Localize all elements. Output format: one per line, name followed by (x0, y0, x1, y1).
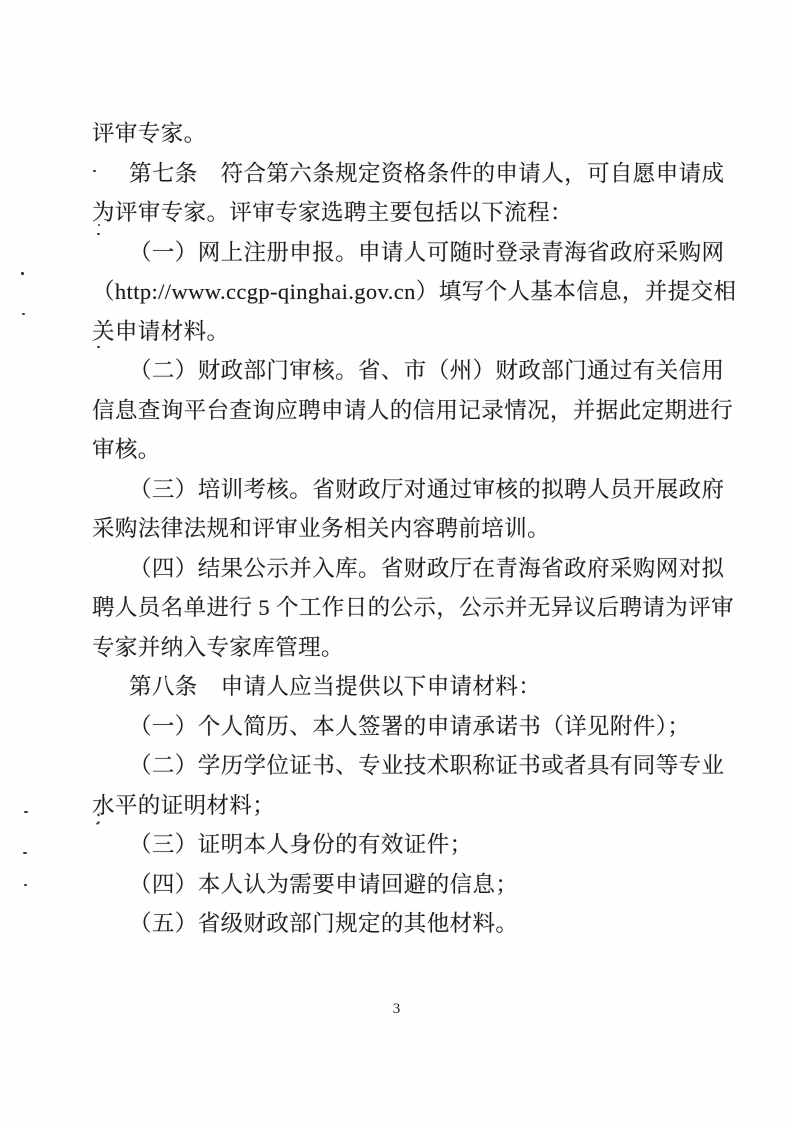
document-body: 评审专家。第七条 符合第六条规定资格条件的申请人，可自愿申请成为评审专家。评审专… (92, 114, 716, 944)
text-line: （二）财政部门审核。省、市（州）财政部门通过有关信用 (92, 351, 716, 391)
text-line: （四）结果公示并入库。省财政厅在青海省政府采购网对拟 (92, 549, 716, 589)
text-line: 专家并纳入专家库管理。 (92, 628, 716, 668)
text-line: 评审专家。 (92, 114, 716, 154)
scan-speck (21, 272, 24, 275)
text-line: （一）个人简历、本人签署的申请承诺书（详见附件）； (92, 707, 716, 747)
scan-speck (22, 313, 25, 315)
text-line: （三）证明本人身份的有效证件； (92, 825, 716, 865)
scan-speck (24, 884, 27, 886)
scan-speck (97, 346, 100, 348)
text-line: （一）网上注册申报。申请人可随时登录青海省政府采购网 (92, 233, 716, 273)
text-line: 为评审专家。评审专家选聘主要包括以下流程： (92, 193, 716, 233)
text-line: （四）本人认为需要申请回避的信息； (92, 865, 716, 905)
scanned-document-page: 评审专家。第七条 符合第六条规定资格条件的申请人，可自愿申请成为评审专家。评审专… (0, 0, 793, 1123)
page-number: 3 (0, 999, 793, 1019)
text-line: 水平的证明材料； (92, 786, 716, 826)
text-line: 采购法律法规和评审业务相关内容聘前培训。 (92, 509, 716, 549)
text-line: 第八条 申请人应当提供以下申请材料： (92, 667, 716, 707)
text-line: （二）学历学位证书、专业技术职称证书或者具有同等专业 (92, 746, 716, 786)
text-line: 关申请材料。 (92, 312, 716, 352)
scan-speck (97, 233, 100, 235)
scan-speck (24, 811, 28, 813)
scan-speck (98, 224, 100, 226)
text-line: （http://www.ccgp-qinghai.gov.cn）填写个人基本信息… (92, 272, 716, 312)
scan-speck (93, 170, 96, 172)
text-line: 信息查询平台查询应聘申请人的信用记录情况，并据此定期进行 (92, 391, 716, 431)
text-line: 第七条 符合第六条规定资格条件的申请人，可自愿申请成 (92, 154, 716, 194)
text-line: （五）省级财政部门规定的其他材料。 (92, 904, 716, 944)
text-line: 聘人员名单进行 5 个工作日的公示，公示并无异议后聘请为评审 (92, 588, 716, 628)
scan-speck (23, 852, 27, 854)
text-line: （三）培训考核。省财政厅对通过审核的拟聘人员开展政府 (92, 470, 716, 510)
text-line: 审核。 (92, 430, 716, 470)
